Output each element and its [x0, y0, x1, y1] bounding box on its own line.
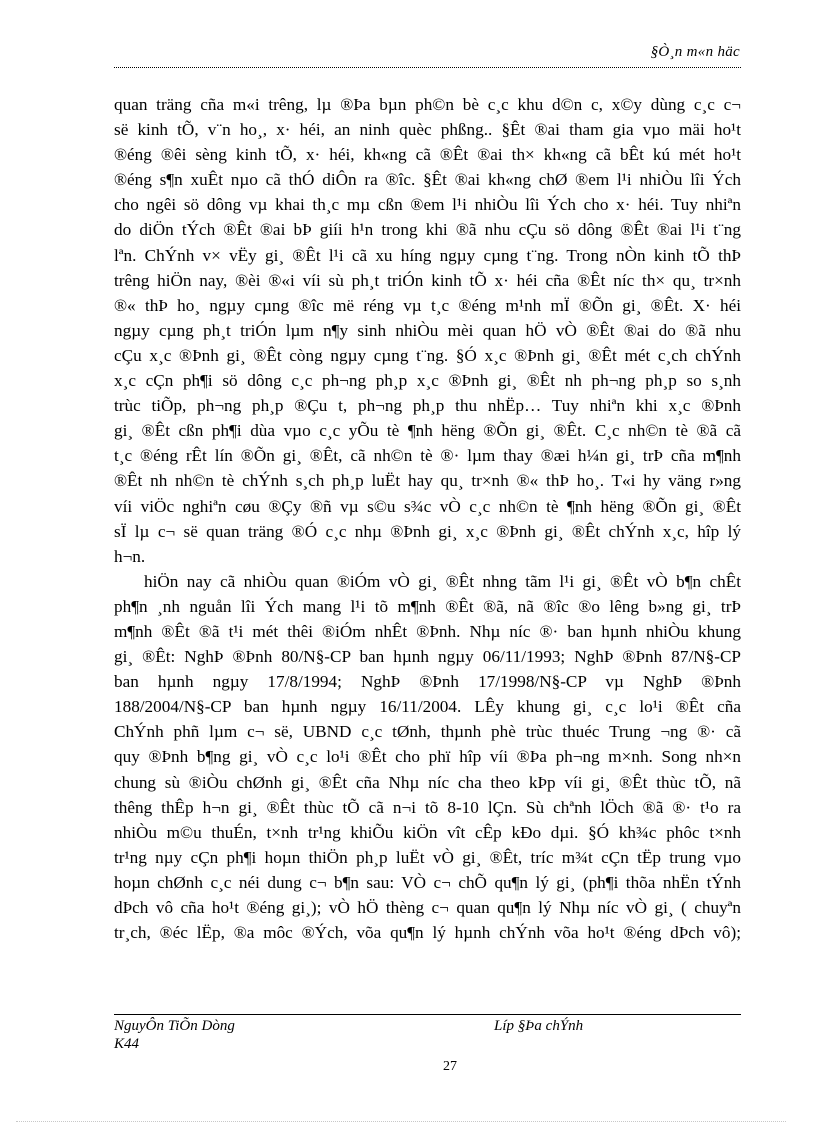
text-line: x¸c cÇn ph¶i sö dông c¸c ph­¬ng ph¸p x¸c…	[114, 368, 741, 393]
page-number: 27	[0, 1059, 816, 1075]
text-line: quan träng cña m«i tr­êng, lµ ®Þa bµn ph…	[114, 92, 741, 117]
text-line: dÞch vô cña ho¹t ®éng gi¸); vÒ hÖ thèng …	[114, 895, 741, 920]
text-line: hoµn chØnh c¸c néi dung c¬ b¶n sau: VÒ c…	[114, 870, 741, 895]
footer-cohort: K44	[114, 1035, 235, 1053]
text-line: h¬n.	[114, 544, 741, 569]
text-line: víi viÖc nghiªn cøu ®Çy ®ñ vµ s©u s¾c vÒ…	[114, 494, 741, 519]
text-line: hiÖn nay cã nhiÒu quan ®iÓm vÒ gi¸ ®Êt n…	[114, 569, 741, 594]
text-line: cho ng­êi sö dông vµ khai th¸c mµ cßn ®e…	[114, 192, 741, 217]
text-line: t¸c ®éng rÊt lín ®Õn gi¸ ®Êt, cã nh©n tè…	[114, 443, 741, 468]
text-line: tr¹ng nµy cÇn ph¶i hoµn thiÖn ph¸p luËt …	[114, 845, 741, 870]
text-line: chung sù ®iÒu chØnh gi¸ ®Êt cña Nhµ n­íc…	[114, 770, 741, 795]
text-line: quy ®Þnh b¶ng gi¸ vÒ c¸c lo¹i ®Êt cho ph…	[114, 744, 741, 769]
footer-class: Líp §Þa chÝnh	[494, 1017, 583, 1035]
text-line: tr¸ch, ®éc lËp, ®a môc ®Ých, võa qu¶n lý…	[114, 920, 741, 945]
footer-author: NguyÔn TiÕn Dòng	[114, 1017, 235, 1035]
text-line: gi¸ ®Êt cßn ph¶i dùa vµo c¸c yÕu tè ¶nh …	[114, 418, 741, 443]
text-line: ®« thÞ ho¸ ngµy cµng ®­îc më réng vµ t¸c…	[114, 293, 741, 318]
text-line: cÇu x¸c ®Þnh gi¸ ®Êt còng ngµy cµng t¨ng…	[114, 343, 741, 368]
text-line: gi¸ ®Êt: NghÞ ®Þnh 80/N§-CP ban hµnh ngµ…	[114, 644, 741, 669]
footer-divider	[114, 1014, 741, 1015]
text-line: ph¶n ¸nh nguån lîi Ých mang l¹i tõ m¶nh …	[114, 594, 741, 619]
text-line: trùc tiÕp, ph­¬ng ph¸p ®Çu t­, ph­¬ng ph…	[114, 393, 741, 418]
text-line: ChÝnh phñ lµm c¬ së, UBND c¸c tØnh, thµn…	[114, 719, 741, 744]
text-line: sÏ lµ c¬ së quan träng ®Ó c¸c nhµ ®Þnh g…	[114, 519, 741, 544]
text-line: m¶nh ®Êt ®ã t¹i mét thêi ®iÓm nhÊt ®Þnh.…	[114, 619, 741, 644]
body-text: quan träng cña m«i tr­êng, lµ ®Þa bµn ph…	[114, 92, 741, 945]
text-line: ®éng s¶n xuÊt nµo cã thÓ diÔn ra ®­îc. §…	[114, 167, 741, 192]
page-bottom-edge	[16, 1121, 786, 1122]
footer-author-block: NguyÔn TiÕn Dòng K44	[114, 1017, 235, 1053]
page-header-title: §Ò¸n m«n häc	[651, 44, 740, 61]
text-line: ban hµnh ngµy 17/8/1994; NghÞ ®Þnh 17/19…	[114, 669, 741, 694]
paragraph-1: quan träng cña m«i tr­êng, lµ ®Þa bµn ph…	[114, 92, 741, 569]
text-line: nhiÒu m©u thuÉn, t×nh tr¹ng khiÕu kiÖn v…	[114, 820, 741, 845]
header-divider	[114, 67, 741, 68]
text-line: 188/2004/N§-CP ban hµnh ngµy 16/11/2004.…	[114, 694, 741, 719]
text-line: tr­êng hiÖn nay, ®èi ®«i víi sù ph¸t tri…	[114, 268, 741, 293]
text-line: ®éng ®êi sèng kinh tÕ, x· héi, kh«ng cã …	[114, 142, 741, 167]
text-line: lªn. ChÝnh v× vËy gi¸ ®Êt l¹i cã xu h­ín…	[114, 243, 741, 268]
text-line: së kinh tÕ, v¨n ho¸, x· héi, an ninh què…	[114, 117, 741, 142]
text-line: ngµy cµng ph¸t triÓn lµm n¶y sinh nhiÒu …	[114, 318, 741, 343]
text-line: ®Êt nh­ nh©n tè chÝnh s¸ch ph¸p luËt hay…	[114, 468, 741, 493]
text-line: th­êng thÊp h¬n gi¸ ®Êt thùc tÕ cã n¬i t…	[114, 795, 741, 820]
text-line: do diÖn tÝch ®Êt ®ai bÞ giíi h¹n trong k…	[114, 217, 741, 242]
paragraph-2: hiÖn nay cã nhiÒu quan ®iÓm vÒ gi¸ ®Êt n…	[114, 569, 741, 945]
